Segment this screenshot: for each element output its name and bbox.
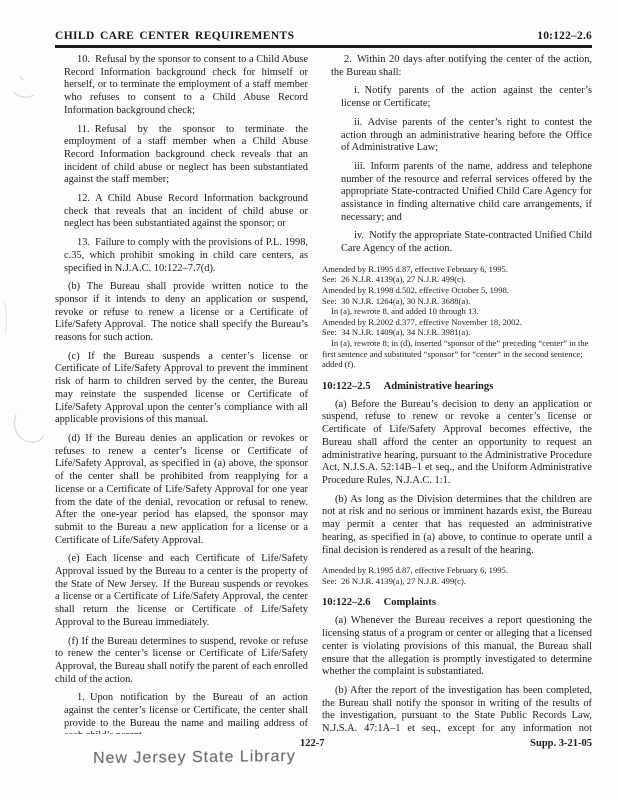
list-item: 11. Refusal by the sponsor to terminate … bbox=[64, 124, 308, 188]
left-column: 10. Refusal by the sponsor to consent to… bbox=[55, 52, 308, 734]
list-item: 12. A Child Abuse Record Information bac… bbox=[64, 193, 308, 231]
page-body: 10. Refusal by the sponsor to consent to… bbox=[55, 52, 592, 734]
list-item: 2. Within 20 days after notifying the ce… bbox=[331, 54, 592, 79]
document-title: CHILD CARE CENTER REQUIREMENTS bbox=[55, 30, 294, 42]
scan-smudge-icon bbox=[6, 70, 40, 120]
list-item: 13. Failure to comply with the provision… bbox=[64, 237, 308, 275]
document-page: CHILD CARE CENTER REQUIREMENTS 10:122–2.… bbox=[0, 0, 618, 800]
paragraph: (f) If the Bureau determines to suspend,… bbox=[55, 636, 308, 687]
section-number: 10:122–2.5 bbox=[322, 381, 371, 392]
scan-smudge-icon bbox=[0, 298, 18, 338]
section-title: Administrative hearings bbox=[384, 381, 494, 392]
amendment-history-line: In (a), rewrote 8; in (d), inserted “spo… bbox=[322, 338, 592, 370]
section-heading: 10:122–2.6Complaints bbox=[322, 596, 592, 609]
list-item: 1. Upon notification by the Bureau of an… bbox=[64, 692, 308, 734]
list-item: i. Notify parents of the action against … bbox=[341, 85, 592, 110]
section-number: 10:122–2.6 bbox=[322, 597, 371, 608]
library-stamp: New Jersey State Library bbox=[93, 748, 296, 768]
amendment-history-line: See: 34 N.J.R. 1409(a), 34 N.J.R. 3981(a… bbox=[322, 327, 592, 338]
paragraph: (b) After the report of the investigatio… bbox=[322, 685, 592, 734]
amendment-history-line: In (a), rewrote 8, and added 10 through … bbox=[322, 306, 592, 317]
amendment-history-line: See: 26 N.J.R. 4139(a), 27 N.J.R. 499(c)… bbox=[322, 576, 592, 587]
amendment-history-line: Amended by R.1998 d.502, effective Octob… bbox=[322, 285, 592, 296]
section-title: Complaints bbox=[384, 597, 436, 608]
amendment-history-line: Amended by R.1995 d.87, effective Februa… bbox=[322, 264, 592, 275]
list-item: iii. Inform parents of the name, address… bbox=[341, 161, 592, 225]
amendment-history: Amended by R.1995 d.87, effective Februa… bbox=[322, 565, 592, 586]
paragraph: (d) If the Bureau denies an application … bbox=[55, 433, 308, 547]
right-column: 2. Within 20 days after notifying the ce… bbox=[322, 52, 592, 734]
header-section-reference: 10:122–2.6 bbox=[537, 30, 592, 42]
amendment-history: Amended by R.1995 d.87, effective Februa… bbox=[322, 264, 592, 370]
list-item: ii. Advise parents of the center’s right… bbox=[341, 117, 592, 155]
paragraph: (b) As long as the Division determines t… bbox=[322, 494, 592, 558]
page-number: 122-7 bbox=[300, 738, 360, 749]
supplement-date: Supp. 3-21-05 bbox=[530, 738, 592, 749]
amendment-history-line: Amended by R.1995 d.87, effective Februa… bbox=[322, 565, 592, 576]
amendment-history-line: Amended by R.2002 d.377, effective Novem… bbox=[322, 317, 592, 328]
paragraph: (a) Before the Bureau’s decision to deny… bbox=[322, 399, 592, 488]
amendment-history-line: See: 26 N.J.R. 4139(a), 27 N.J.R. 499(c)… bbox=[322, 274, 592, 285]
paragraph: (e) Each license and each Certificate of… bbox=[55, 553, 308, 629]
section-heading: 10:122–2.5Administrative hearings bbox=[322, 380, 592, 393]
amendment-history-line: See: 30 N.J.R. 1264(a), 30 N.J.R. 3688(a… bbox=[322, 296, 592, 307]
list-item: iv. Notify the appropriate State-contrac… bbox=[341, 230, 592, 255]
paragraph: (b) The Bureau shall provide written not… bbox=[55, 281, 308, 345]
page-header: CHILD CARE CENTER REQUIREMENTS 10:122–2.… bbox=[55, 30, 592, 48]
scan-smudge-icon bbox=[6, 405, 46, 453]
paragraph: (a) Whenever the Bureau receives a repor… bbox=[322, 615, 592, 679]
list-item: 10. Refusal by the sponsor to consent to… bbox=[64, 54, 308, 118]
paragraph: (c) If the Bureau suspends a center’s li… bbox=[55, 351, 308, 427]
